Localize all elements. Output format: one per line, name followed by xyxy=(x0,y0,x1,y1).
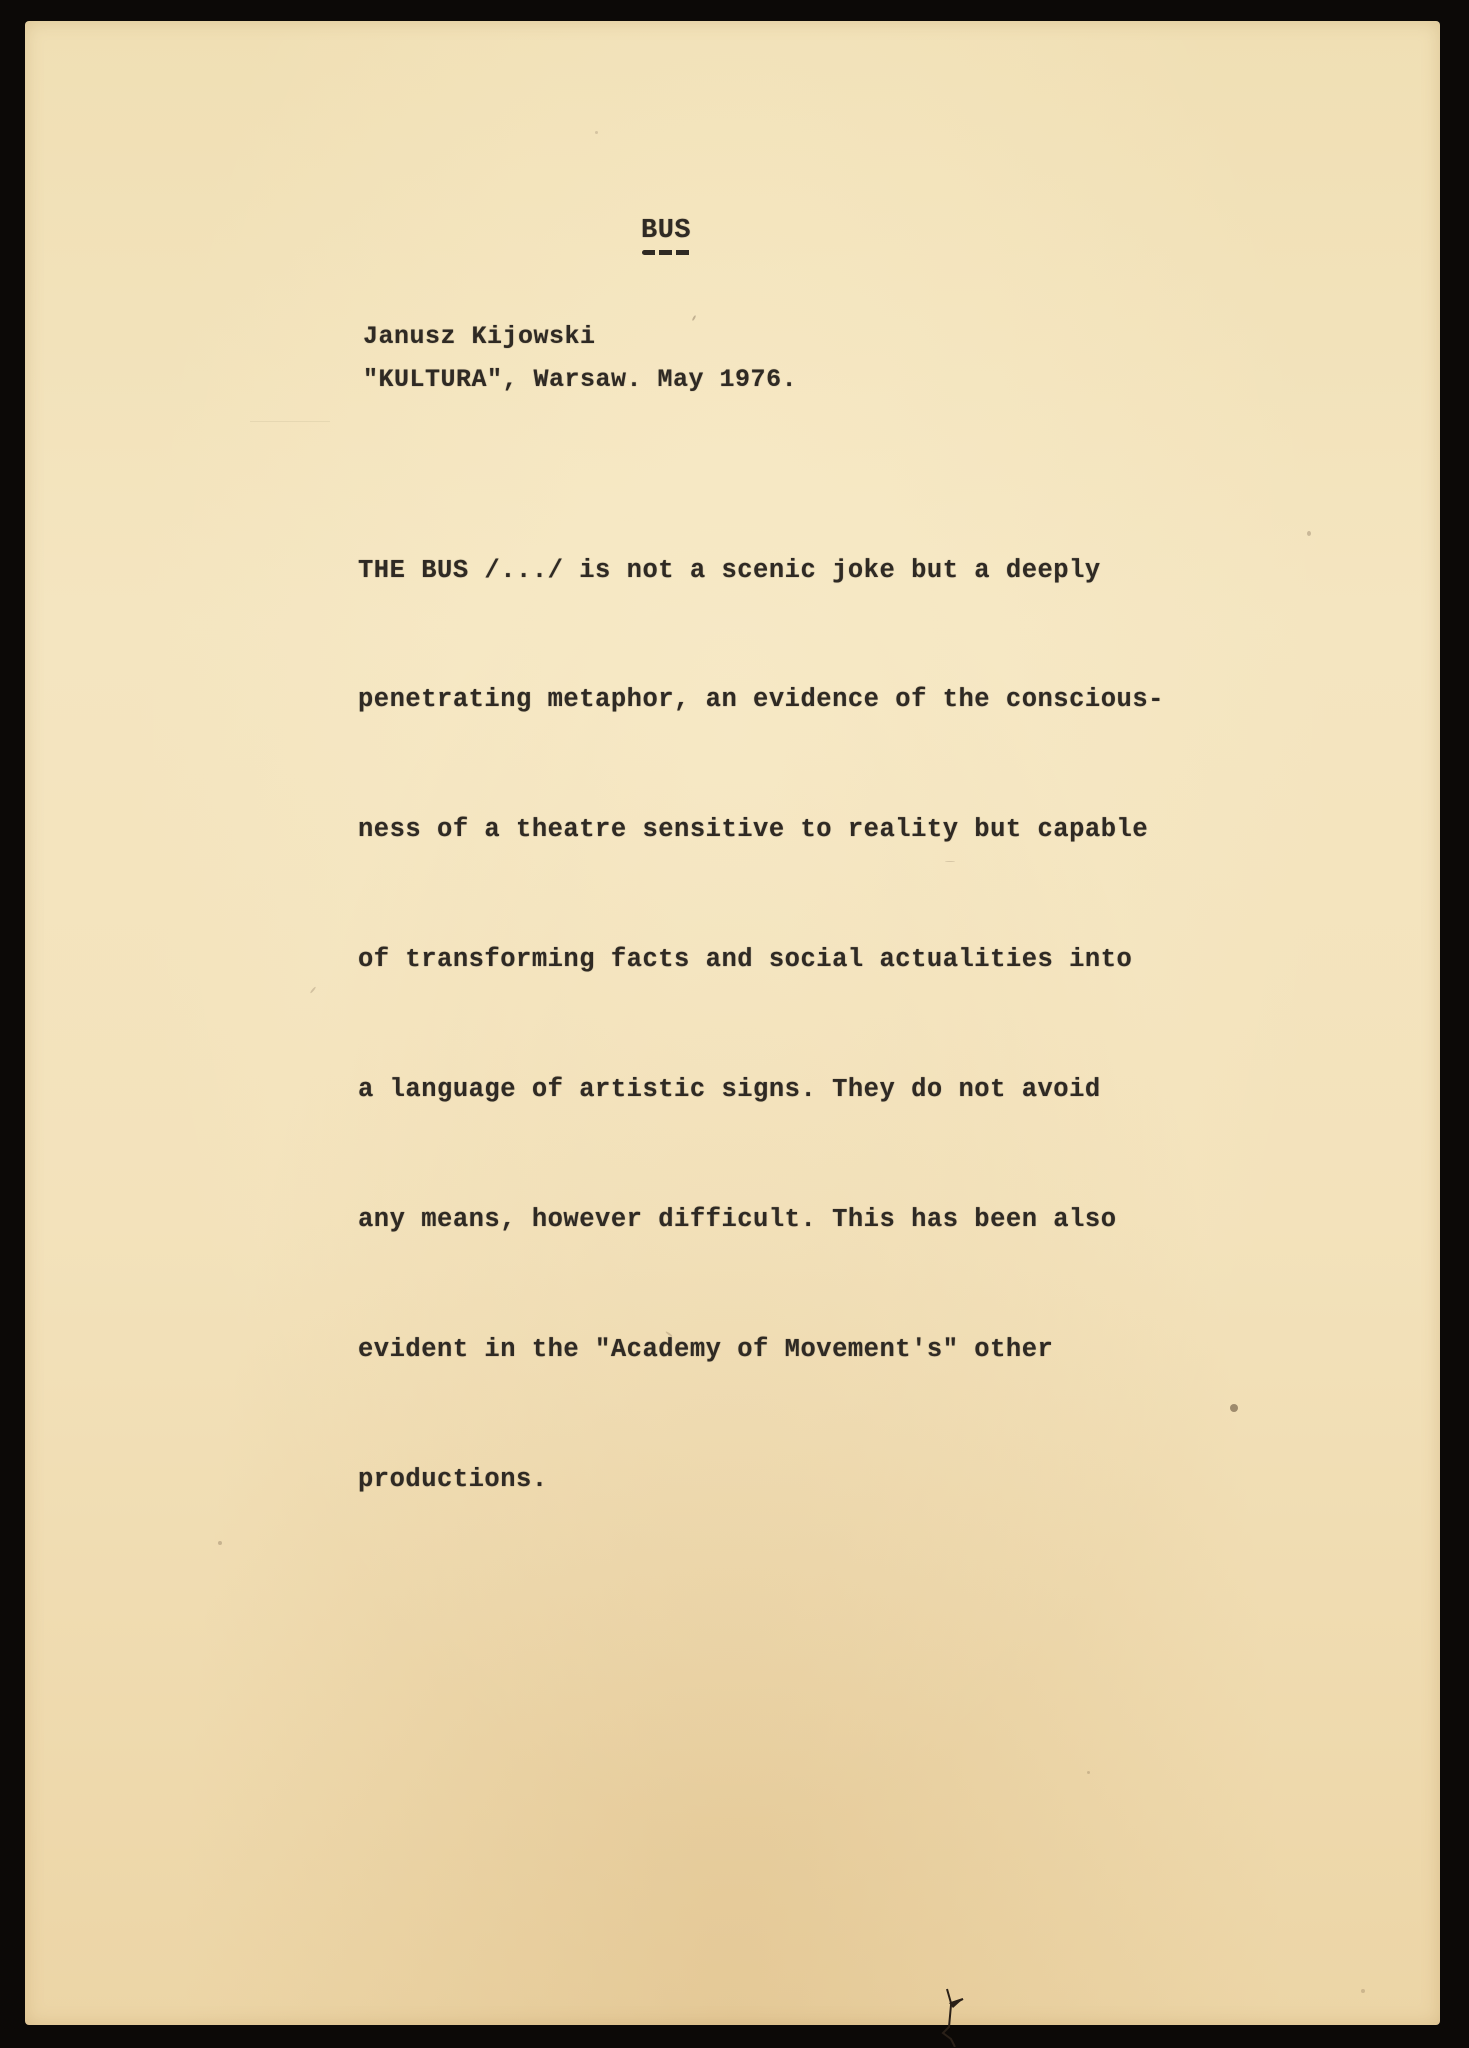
paper-tear xyxy=(937,1981,977,2047)
review-paragraph: THE BUS /.../ is not a scenic joke but a… xyxy=(358,462,1164,1544)
paragraph-line: THE BUS /.../ is not a scenic joke but a… xyxy=(358,549,1164,592)
author-name: Janusz Kijowski xyxy=(363,322,596,351)
paragraph-line: evident in the "Academy of Movement's" o… xyxy=(358,1328,1164,1371)
paper-speck xyxy=(250,421,330,422)
paragraph-line: of transforming facts and social actuali… xyxy=(358,938,1164,981)
paper-speck xyxy=(310,986,317,993)
title-underline xyxy=(642,250,692,255)
paragraph-line: penetrating metaphor, an evidence of the… xyxy=(358,678,1164,721)
paper-speck xyxy=(1361,1989,1365,1993)
paper-speck xyxy=(1087,1771,1090,1774)
paper-speck xyxy=(692,315,697,321)
document-title: BUS xyxy=(641,216,691,246)
paper-speck xyxy=(1307,531,1311,536)
paragraph-line: ness of a theatre sensitive to reality b… xyxy=(358,808,1164,851)
publication-source: "KULTURA", Warsaw. May 1976. xyxy=(363,365,797,394)
paper-speck xyxy=(218,1541,222,1545)
paper-speck xyxy=(595,131,598,134)
paper-speck xyxy=(1230,1404,1238,1412)
paragraph-line: a language of artistic signs. They do no… xyxy=(358,1068,1164,1111)
paragraph-line: any means, however difficult. This has b… xyxy=(358,1198,1164,1241)
paragraph-line: productions. xyxy=(358,1458,1164,1501)
